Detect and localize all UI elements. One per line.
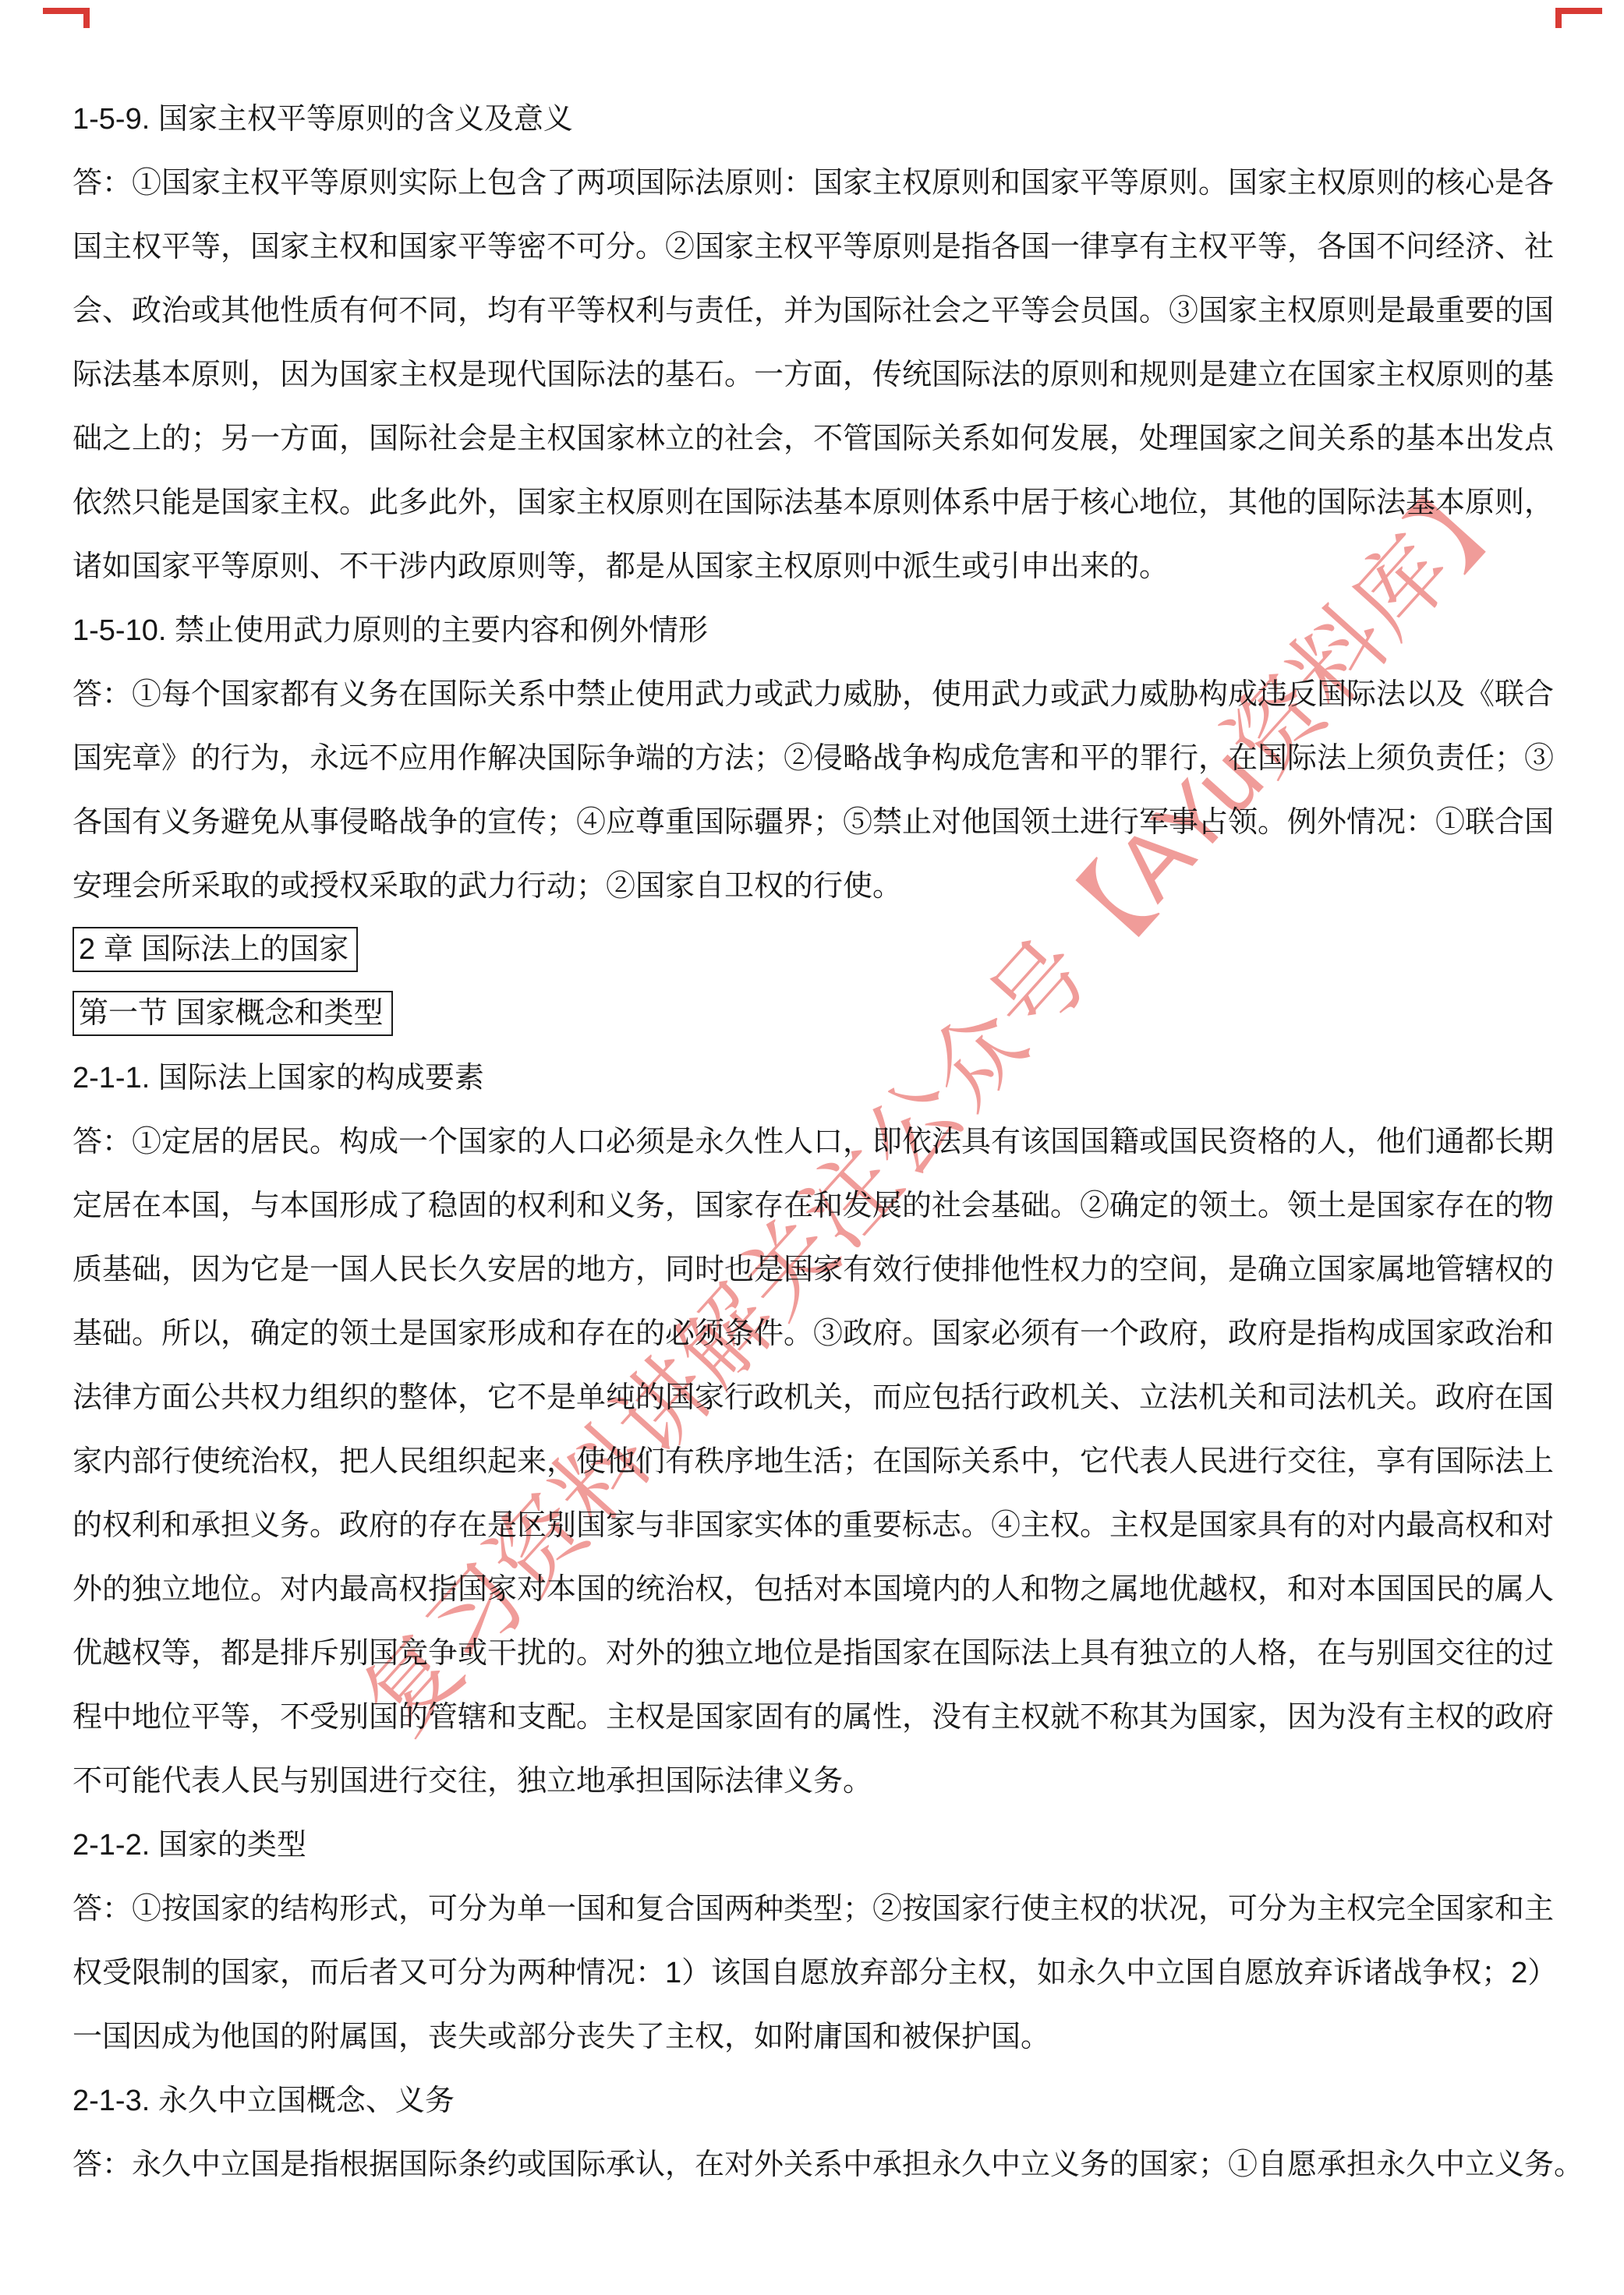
- scanned-document-page: 复习资料讲解关注公众号【AYu资料库】 1-5-9. 国家主权平等原则的含义及意…: [0, 0, 1624, 2295]
- document-text-block: 1-5-9. 国家主权平等原则的含义及意义答：①国家主权平等原则实际上包含了两项…: [73, 87, 1624, 2197]
- boxed-heading-text: 2 章 国际法上的国家: [73, 927, 358, 972]
- question-heading-line: 2-1-2. 国家的类型: [73, 1813, 1624, 1877]
- answer-text-line: 答：永久中立国是指根据国际条约或国际承认，在对外关系中承担永久中立义务的国家；①…: [73, 2133, 1624, 2197]
- answer-text-line: 答：①每个国家都有义务在国际关系中禁止使用武力或武力威胁，使用武力或武力威胁构成…: [73, 663, 1624, 727]
- answer-text-line: 家内部行使统治权，把人民组织起来，使他们有秩序地生活；在国际关系中，它代表人民进…: [73, 1430, 1624, 1494]
- answer-text-line: 的权利和承担义务。政府的存在是区别国家与非国家实体的重要标志。④主权。主权是国家…: [73, 1494, 1624, 1558]
- answer-text-line: 一国因成为他国的附属国，丧失或部分丧失了主权，如附庸国和被保护国。: [73, 2005, 1624, 2069]
- section-heading-box: 第一节 国家概念和类型: [73, 982, 1624, 1046]
- answer-text-line: 程中地位平等，不受别国的管辖和支配。主权是国家固有的属性，没有主权就不称其为国家…: [73, 1685, 1624, 1749]
- question-heading-line: 2-1-3. 永久中立国概念、义务: [73, 2069, 1624, 2133]
- answer-text-line: 际法基本原则，因为国家主权是现代国际法的基石。一方面，传统国际法的原则和规则是建…: [73, 343, 1624, 407]
- question-heading-line: 1-5-10. 禁止使用武力原则的主要内容和例外情形: [73, 599, 1624, 663]
- answer-text-line: 国宪章》的行为，永远不应用作解决国际争端的方法；②侵略战争构成危害和平的罪行，在…: [73, 727, 1624, 790]
- answer-text-line: 答：①定居的居民。构成一个国家的人口必须是永久性人口，即依法具有该国国籍或国民资…: [73, 1110, 1624, 1174]
- answer-text-line: 安理会所采取的或授权采取的武力行动；②国家自卫权的行使。: [73, 854, 1624, 918]
- chapter-heading-box: 2 章 国际法上的国家: [73, 918, 1624, 982]
- answer-text-line: 权受限制的国家，而后者又可分为两种情况：1）该国自愿放弃部分主权，如永久中立国自…: [73, 1941, 1624, 2005]
- answer-text-line: 基础。所以，确定的领土是国家形成和存在的必须条件。③政府。国家必须有一个政府，政…: [73, 1302, 1624, 1366]
- boxed-heading-text: 第一节 国家概念和类型: [73, 991, 393, 1036]
- answer-text-line: 答：①按国家的结构形式，可分为单一国和复合国两种类型；②按国家行使主权的状况，可…: [73, 1877, 1624, 1941]
- answer-text-line: 定居在本国，与本国形成了稳固的权利和义务，国家存在和发展的社会基础。②确定的领土…: [73, 1174, 1624, 1238]
- answer-text-line: 质基础，因为它是一国人民长久安居的地方，同时也是国家有效行使排他性权力的空间，是…: [73, 1238, 1624, 1302]
- answer-text-line: 法律方面公共权力组织的整体，它不是单纯的国家行政机关，而应包括行政机关、立法机关…: [73, 1366, 1624, 1430]
- answer-text-line: 会、政治或其他性质有何不同，均有平等权利与责任，并为国际社会之平等会员国。③国家…: [73, 279, 1624, 343]
- answer-text-line: 各国有义务避免从事侵略战争的宣传；④应尊重国际疆界；⑤禁止对他国领土进行军事占领…: [73, 790, 1624, 854]
- answer-text-line: 国主权平等，国家主权和国家平等密不可分。②国家主权平等原则是指各国一律享有主权平…: [73, 215, 1624, 279]
- answer-text-line: 不可能代表人民与别国进行交往，独立地承担国际法律义务。: [73, 1749, 1624, 1813]
- answer-text-line: 础之上的；另一方面，国际社会是主权国家林立的社会，不管国际关系如何发展，处理国家…: [73, 407, 1624, 471]
- answer-text-line: 外的独立地位。对内最高权指国家对本国的统治权，包括对本国境内的人和物之属地优越权…: [73, 1558, 1624, 1621]
- answer-text-line: 优越权等，都是排斥别国竞争或干扰的。对外的独立地位是指国家在国际法上具有独立的人…: [73, 1621, 1624, 1685]
- answer-text-line: 答：①国家主权平等原则实际上包含了两项国际法原则：国家主权原则和国家平等原则。国…: [73, 151, 1624, 215]
- red-corner-mark-right: [1555, 8, 1602, 28]
- answer-text-line: 依然只能是国家主权。此多此外，国家主权原则在国际法基本原则体系中居于核心地位，其…: [73, 471, 1624, 535]
- question-heading-line: 2-1-1. 国际法上国家的构成要素: [73, 1046, 1624, 1110]
- question-heading-line: 1-5-9. 国家主权平等原则的含义及意义: [73, 87, 1624, 151]
- red-corner-mark-left: [43, 8, 90, 28]
- answer-text-line: 诸如国家平等原则、不干涉内政原则等，都是从国家主权原则中派生或引申出来的。: [73, 535, 1624, 599]
